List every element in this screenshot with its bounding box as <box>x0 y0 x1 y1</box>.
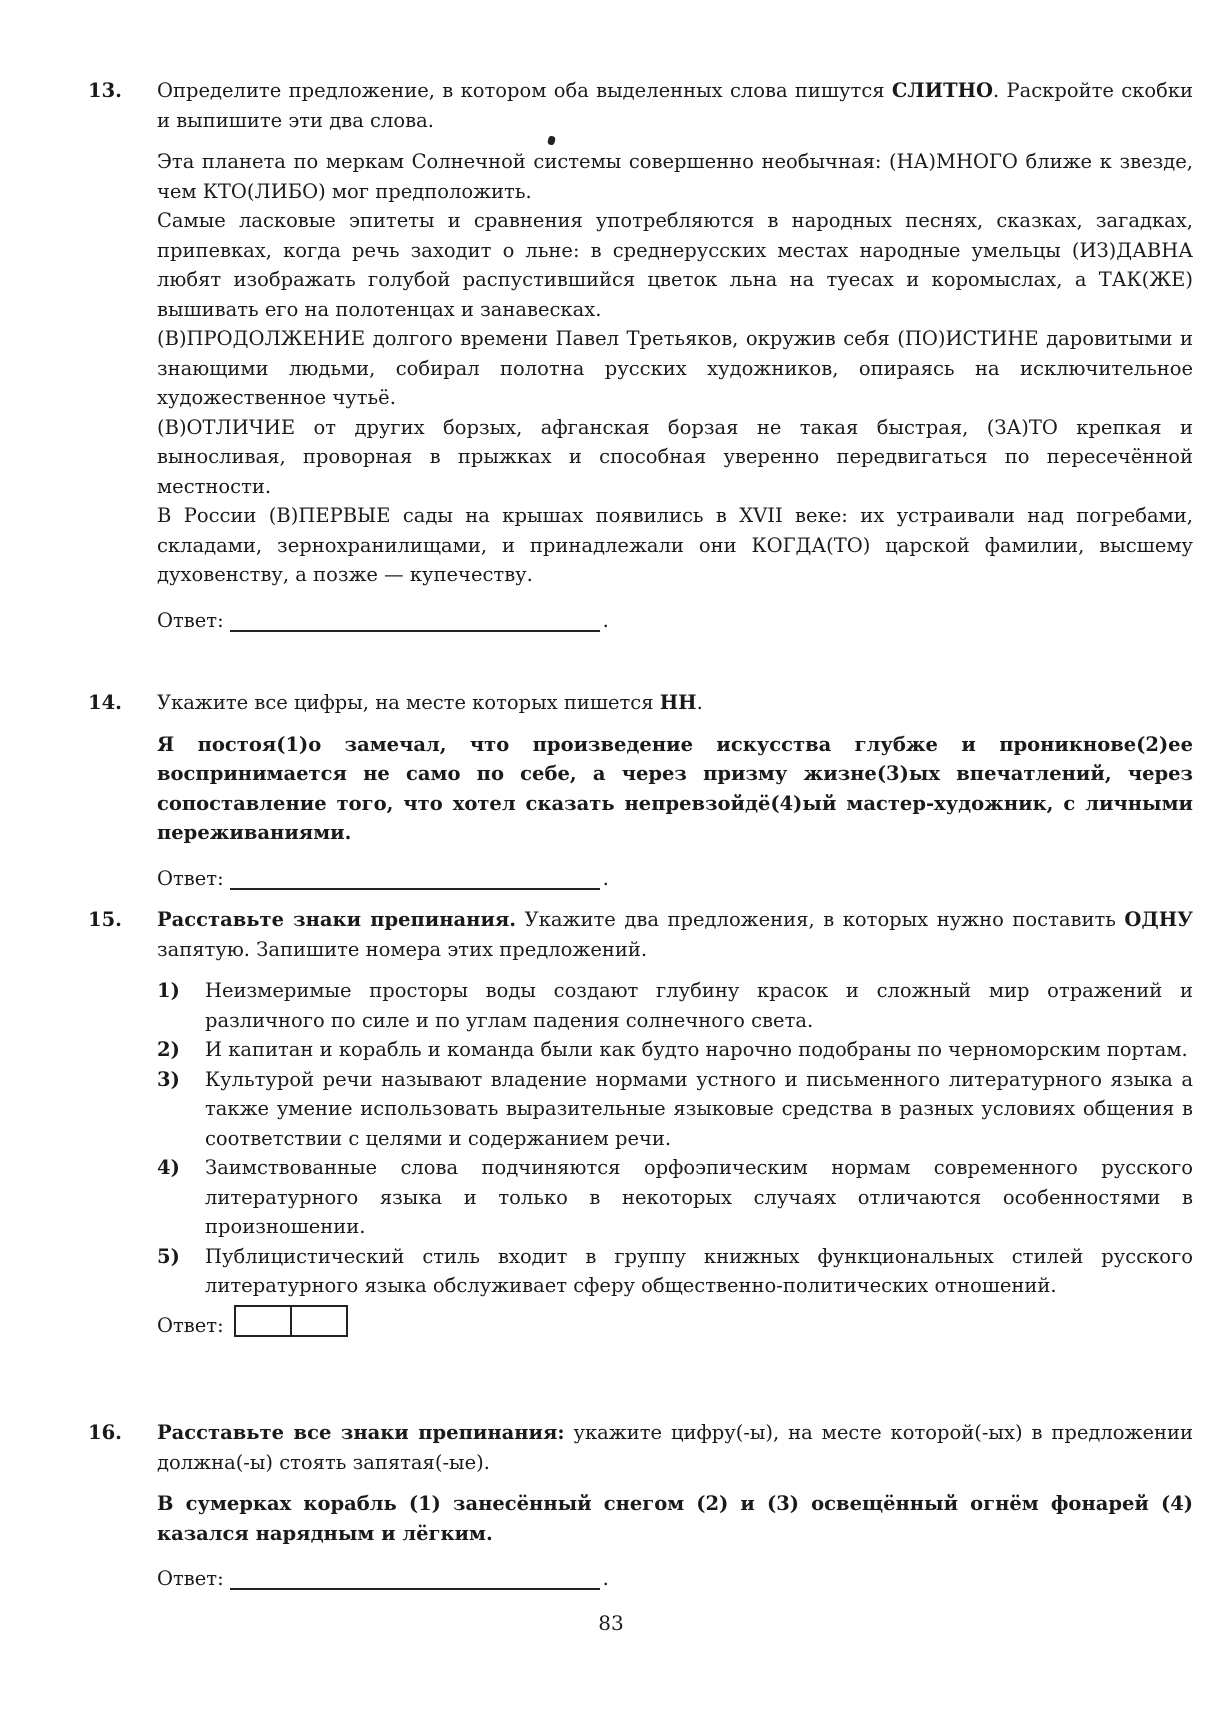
option-item: 1)Неизмеримые просторы воды создают глуб… <box>157 976 1193 1035</box>
task-number: 16. <box>88 1418 148 1448</box>
task-13: 13. Определите предложение, в котором об… <box>88 76 1193 632</box>
option-text: И капитан и корабль и команда были как б… <box>205 1035 1193 1065</box>
answer-period: . <box>603 867 609 890</box>
prompt-emphasis: СЛИТНО <box>892 79 993 102</box>
prompt-text: Укажите все цифры, на месте которых пише… <box>157 691 660 714</box>
option-number: 4) <box>157 1153 205 1242</box>
prompt-text: . <box>697 691 703 714</box>
prompt-emphasis: Расставьте знаки препинания. <box>157 908 516 931</box>
task-14: 14. Укажите все цифры, на месте которых … <box>88 688 1193 890</box>
prompt-emphasis: Расставьте все знаки препинания: <box>157 1421 565 1444</box>
prompt-emphasis: НН <box>660 691 697 714</box>
prompt-text: запятую. Запишите номера этих предложени… <box>157 938 647 961</box>
task-number: 13. <box>88 76 148 106</box>
option-text: Публицистический стиль входит в группу к… <box>205 1242 1193 1301</box>
task-prompt: Определите предложение, в котором оба вы… <box>157 76 1193 135</box>
option-item: 4)Заимствованные слова подчиняются орфоэ… <box>157 1153 1193 1242</box>
prompt-text: Укажите два предложения, в которых нужно… <box>516 908 1124 931</box>
textbook-page: 13. Определите предложение, в котором об… <box>0 0 1222 1712</box>
task-prompt: Укажите все цифры, на месте которых пише… <box>157 688 1193 718</box>
task-16: 16. Расставьте все знаки препинания: ука… <box>88 1418 1193 1590</box>
option-number: 2) <box>157 1035 205 1065</box>
answer-period: . <box>603 609 609 632</box>
answer-cell[interactable] <box>290 1307 346 1335</box>
options-list: 1)Неизмеримые просторы воды создают глуб… <box>157 976 1193 1301</box>
option-text: Неизмеримые просторы воды создают глубин… <box>205 976 1193 1035</box>
prompt-text: Определите предложение, в котором оба вы… <box>157 79 892 102</box>
sentence: (В)ПРОДОЛЖЕНИЕ долгого времени Павел Тре… <box>157 324 1193 413</box>
answer-field[interactable] <box>230 610 600 632</box>
answer-row: Ответ: . <box>157 602 1193 632</box>
answer-row: Ответ: . <box>157 1560 1193 1590</box>
option-item: 3)Культурой речи называют владение норма… <box>157 1065 1193 1154</box>
task-text: Я постоя(1)о замечал, что произведение и… <box>157 730 1193 848</box>
sentence: Эта планета по меркам Солнечной системы … <box>157 147 1193 206</box>
prompt-emphasis: ОДНУ <box>1124 908 1193 931</box>
sentence: (В)ОТЛИЧИЕ от других борзых, афганская б… <box>157 413 1193 502</box>
task-prompt: Расставьте знаки препинания. Укажите два… <box>157 905 1193 964</box>
option-item: 5)Публицистический стиль входит в группу… <box>157 1242 1193 1301</box>
answer-period: . <box>603 1567 609 1590</box>
task-text: В сумерках корабль (1) занесённый снегом… <box>157 1489 1193 1548</box>
option-number: 5) <box>157 1242 205 1301</box>
task-number: 14. <box>88 688 148 718</box>
option-number: 3) <box>157 1065 205 1154</box>
answer-row: Ответ: <box>157 1307 1193 1337</box>
answer-label: Ответ: <box>157 867 224 890</box>
option-text: Культурой речи называют владение нормами… <box>205 1065 1193 1154</box>
task-number: 15. <box>88 905 148 935</box>
option-number: 1) <box>157 976 205 1035</box>
answer-row: Ответ: . <box>157 860 1193 890</box>
answer-label: Ответ: <box>157 1567 224 1590</box>
answer-field[interactable] <box>230 1568 600 1590</box>
answer-field[interactable] <box>230 868 600 890</box>
answer-cells <box>234 1305 348 1337</box>
option-item: 2)И капитан и корабль и команда были как… <box>157 1035 1193 1065</box>
sentence: Самые ласковые эпитеты и сравнения употр… <box>157 206 1193 324</box>
answer-label: Ответ: <box>157 609 224 632</box>
answer-cell[interactable] <box>236 1307 290 1335</box>
option-text: Заимствованные слова подчиняются орфоэпи… <box>205 1153 1193 1242</box>
answer-label: Ответ: <box>157 1314 224 1337</box>
sentence: В России (В)ПЕРВЫЕ сады на крышах появил… <box>157 501 1193 590</box>
task-15: 15. Расставьте знаки препинания. Укажите… <box>88 905 1193 1337</box>
task-prompt: Расставьте все знаки препинания: укажите… <box>157 1418 1193 1477</box>
page-number: 83 <box>0 1611 1222 1635</box>
